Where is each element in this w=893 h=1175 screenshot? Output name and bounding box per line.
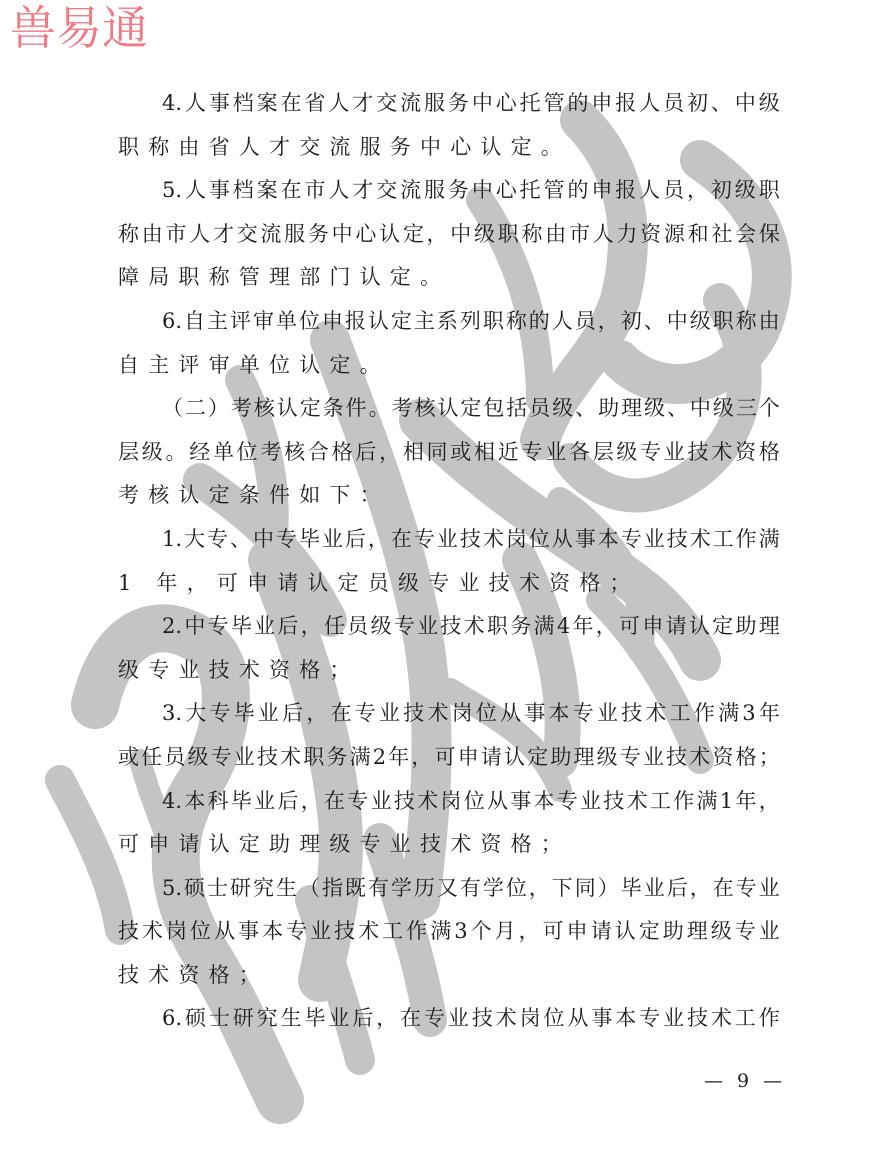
- text-line: 技术资格；: [118, 954, 780, 998]
- text-line: 考核认定条件如下：: [118, 474, 780, 518]
- text-line: 层级。经单位考核合格后，相同或相近专业各层级专业技术资格: [118, 431, 780, 475]
- text-line: 或任员级专业技术职务满2年，可申请认定助理级专业技术资格；: [118, 736, 780, 780]
- text-line: 4.本科毕业后，在专业技术岗位从事本专业技术工作满1年，: [118, 780, 780, 824]
- text-line: 2.中专毕业后，任员级专业技术职务满4年，可申请认定助理: [118, 605, 780, 649]
- text-line: 自主评审单位认定。: [118, 344, 780, 388]
- text-line: 4.人事档案在省人才交流服务中心托管的申报人员初、中级: [118, 82, 780, 126]
- text-line: （二）考核认定条件。考核认定包括员级、助理级、中级三个: [118, 387, 780, 431]
- text-line: 技术岗位从事本专业技术工作满3个月，可申请认定助理级专业: [118, 910, 780, 954]
- text-line: 称由市人才交流服务中心认定，中级职称由市人力资源和社会保: [118, 213, 780, 257]
- text-line: 级专业技术资格；: [118, 649, 780, 693]
- text-line: 6.自主评审单位申报认定主系列职称的人员，初、中级职称由: [118, 300, 780, 344]
- text-line: 5.硕士研究生（指既有学历又有学位，下同）毕业后，在专业: [118, 867, 780, 911]
- text-line: 5.人事档案在市人才交流服务中心托管的申报人员，初级职: [118, 169, 780, 213]
- text-line: 6.硕士研究生毕业后，在专业技术岗位从事本专业技术工作: [118, 997, 780, 1041]
- text-line: 职称由省人才交流服务中心认定。: [118, 126, 780, 170]
- text-line: 可申请认定助理级专业技术资格；: [118, 823, 780, 867]
- text-line: 1.大专、中专毕业后，在专业技术岗位从事本专业技术工作满: [118, 518, 780, 562]
- logo-watermark-text: 兽易通: [10, 2, 148, 54]
- text-line: 1 年，可申请认定员级专业技术资格；: [118, 562, 780, 606]
- document-body: 4.人事档案在省人才交流服务中心托管的申报人员初、中级职称由省人才交流服务中心认…: [118, 82, 780, 1041]
- text-line: 3.大专毕业后，在专业技术岗位从事本专业技术工作满3年: [118, 692, 780, 736]
- page-number: — 9 —: [704, 1070, 786, 1092]
- text-line: 障局职称管理部门认定。: [118, 256, 780, 300]
